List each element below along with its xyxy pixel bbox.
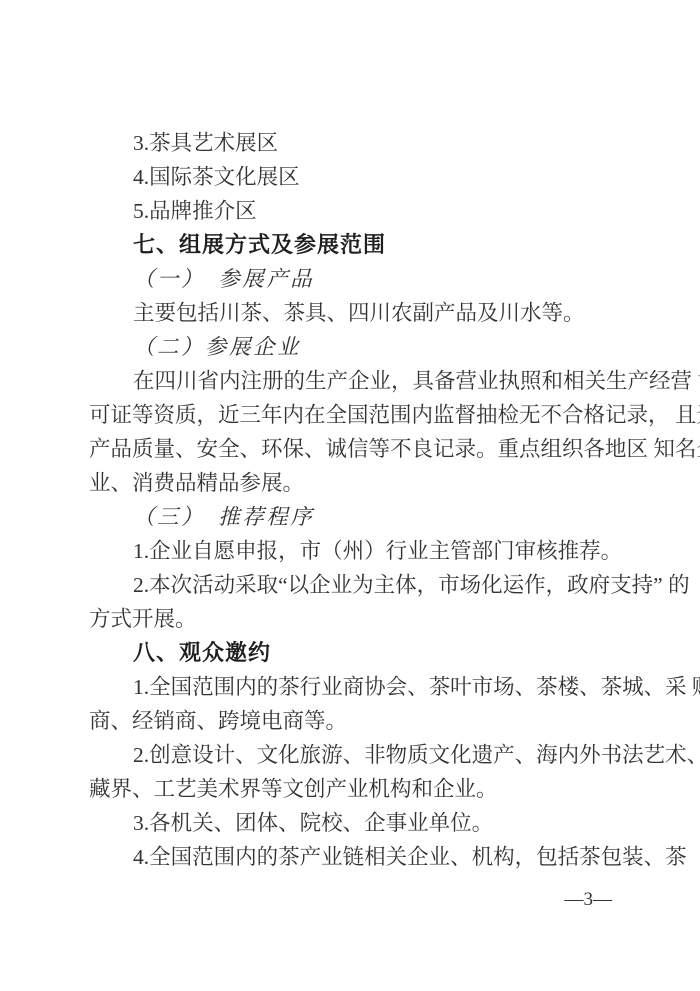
paragraph-line: 1.企业自愿申报，市（州）行业主管部门审核推荐。 — [89, 534, 613, 568]
subsection-heading-three: （三） 推荐程序 — [89, 500, 613, 534]
paragraph-line: 商、经销商、跨境电商等。 — [89, 704, 613, 738]
paragraph-line: 藏界、工艺美术界等文创产业机构和企业。 — [89, 772, 613, 806]
document-body: 3.茶具艺术展区 4.国际茶文化展区 5.品牌推介区 七、组展方式及参展范围 （… — [89, 126, 613, 874]
paragraph-line: 在四川省内注册的生产企业，具备营业执照和相关生产经营 许 — [89, 364, 613, 398]
paragraph-line: 产品质量、安全、环保、诚信等不良记录。重点组织各地区 知名企 — [89, 432, 613, 466]
page-number: —3— — [565, 890, 613, 910]
subsection-heading-two: （二）参展企业 — [89, 330, 613, 364]
list-item: 4.国际茶文化展区 — [89, 160, 613, 194]
paragraph-line: 3.各机关、团体、院校、企事业单位。 — [89, 806, 613, 840]
paragraph-line: 2.本次活动采取“以企业为主体，市场化运作，政府支持” 的 — [89, 568, 613, 602]
document-page: 3.茶具艺术展区 4.国际茶文化展区 5.品牌推介区 七、组展方式及参展范围 （… — [0, 0, 700, 991]
paragraph-line: 2.创意设计、文化旅游、非物质文化遗产、海内外书法艺术、 收 — [89, 738, 613, 772]
paragraph-line: 方式开展。 — [89, 602, 613, 636]
paragraph-line: 主要包括川茶、茶具、四川农副产品及川水等。 — [89, 296, 613, 330]
paragraph-line: 可证等资质，近三年内在全国范围内监督抽检无不合格记录， 且无 — [89, 398, 613, 432]
section-heading-seven: 七、组展方式及参展范围 — [89, 228, 613, 262]
subsection-heading-one: （一） 参展产品 — [89, 262, 613, 296]
paragraph-line: 业、消费品精品参展。 — [89, 466, 613, 500]
paragraph-line: 4.全国范围内的茶产业链相关企业、机构，包括茶包装、茶 — [89, 840, 613, 874]
list-item: 5.品牌推介区 — [89, 194, 613, 228]
paragraph-line: 1.全国范围内的茶行业商协会、茶叶市场、茶楼、茶城、采 购 — [89, 670, 613, 704]
list-item: 3.茶具艺术展区 — [89, 126, 613, 160]
section-heading-eight: 八、观众邀约 — [89, 636, 613, 670]
